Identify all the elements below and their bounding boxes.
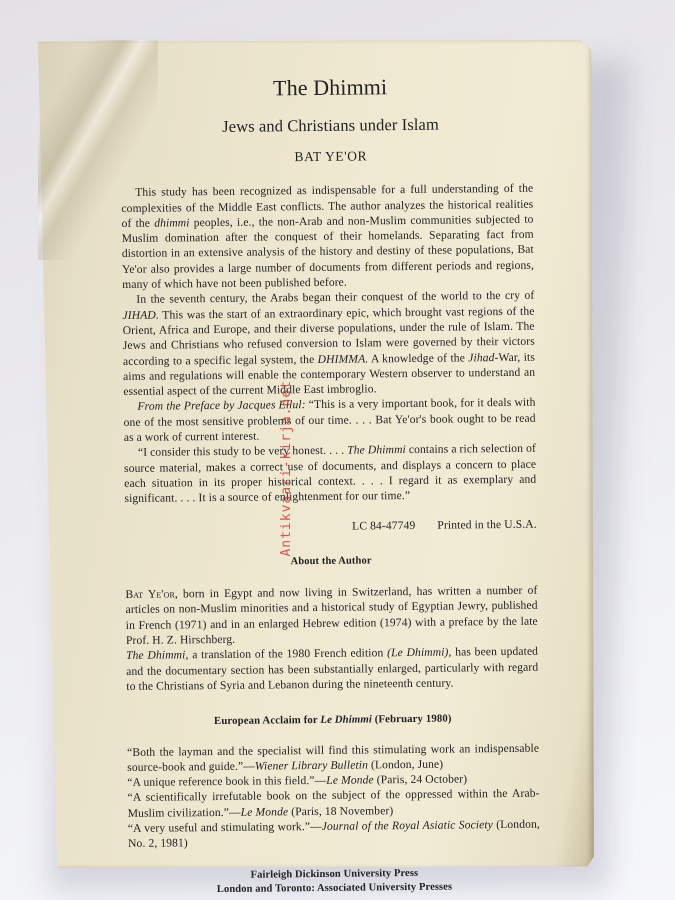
- lc-print-line: LC 84-47749Printed in the U.S.A.: [125, 516, 537, 536]
- book-title: The Dhimmi: [128, 72, 532, 104]
- book-author: BAT YE'OR: [129, 147, 533, 167]
- about-author-paragraph-2: The Dhimmi, a translation of the 1980 Fr…: [126, 644, 538, 694]
- book-subtitle: Jews and Christians under Islam: [128, 113, 532, 139]
- publisher-block: Fairleigh Dickinson University Press Lon…: [128, 865, 540, 897]
- blurb-paragraph-2: In the seventh century, the Arabs began …: [122, 288, 535, 399]
- preface-quote: From the Preface by Jacques Ellul: “This…: [123, 395, 535, 445]
- about-author-paragraph-1: Bat Ye'or, born in Egypt and now living …: [125, 583, 538, 648]
- acclaim-heading: European Acclaim for Le Dhimmi (February…: [127, 711, 539, 731]
- watermark: Antikvaari-kirja.net: [279, 380, 294, 557]
- acclaim-list: “Both the layman and the specialist will…: [127, 740, 540, 851]
- acclaim-quote: “Both the layman and the specialist will…: [127, 740, 539, 775]
- publisher-line-2: London and Toronto: Associated Universit…: [128, 879, 540, 897]
- acclaim-quote: “A very useful and stimulating work.”—Jo…: [128, 817, 540, 852]
- printed-in: Printed in the U.S.A.: [437, 517, 536, 531]
- acclaim-quote: “A scientifically irrefutable book on th…: [127, 786, 539, 821]
- preface-quote-continued: “I consider this study to be very honest…: [124, 441, 537, 506]
- lc-number: LC 84-47749: [352, 518, 415, 532]
- blurb-paragraph-1: This study has been recognized as indisp…: [121, 181, 534, 292]
- back-cover-text: The Dhimmi Jews and Christians under Isl…: [120, 72, 541, 898]
- about-author-heading: About the Author: [125, 551, 537, 571]
